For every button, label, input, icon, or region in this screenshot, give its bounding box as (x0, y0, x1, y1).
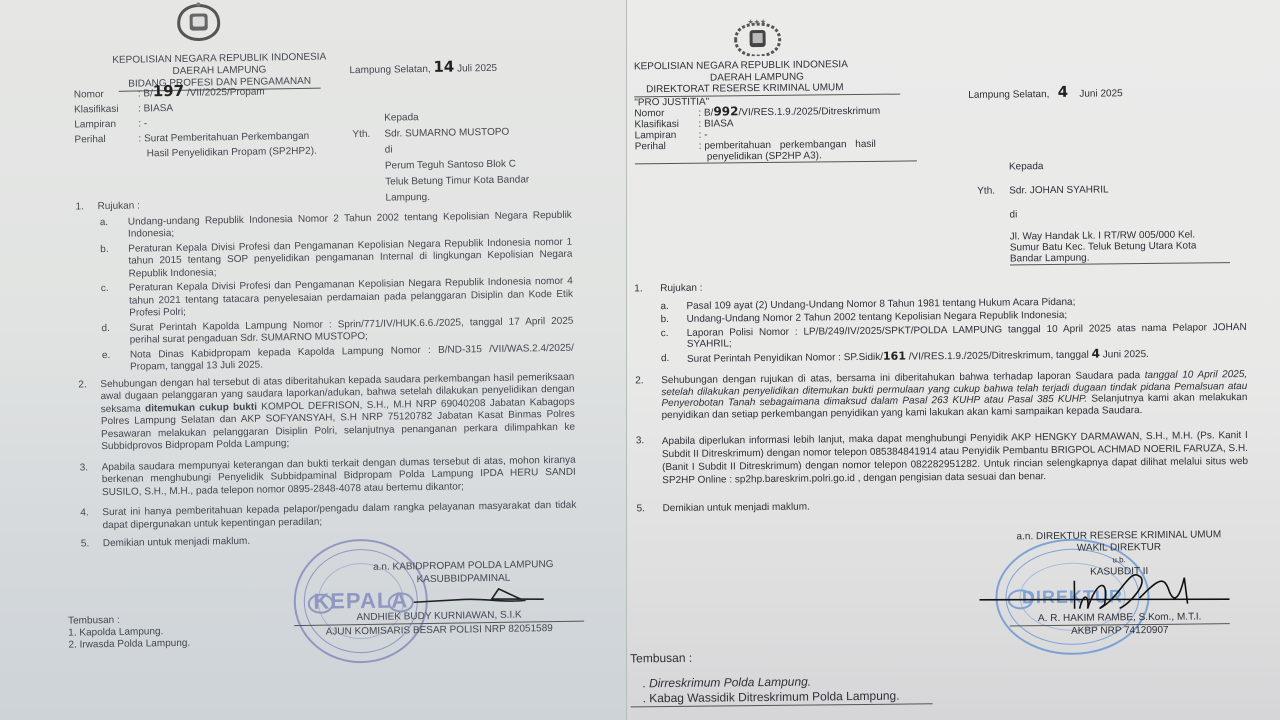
recipient: Kepada Yth.Sdr. SUMARNO MUSTOPO di Perum… (352, 108, 529, 207)
item-5: 5. Demikian untuk menjadi maklum. (636, 497, 1248, 515)
letter-body: 1.Rujukan : a.Pasal 109 ayat (2) Undang-… (634, 277, 1248, 515)
reference-text: Laporan Polisi Nomor : LP/B/249/IV/2025/… (687, 321, 1247, 350)
reference-item: b.Peraturan Kepala Divisi Profesi dan Pe… (100, 236, 573, 281)
reference-letter: d. (101, 322, 129, 347)
month-year: Juni 2025 (1079, 88, 1122, 99)
reference-letter: e. (102, 349, 130, 374)
letter-meta: Nomor: B/992/VI/RES.1.9./2025/Ditreskrim… (634, 104, 917, 164)
item-1: 1.Rujukan : (634, 277, 1246, 295)
day-handwritten: 4 (1058, 83, 1069, 101)
item-3: 3. Apabila saudara mempunyai keterangan … (80, 454, 577, 499)
cc-item: 2. Irwasda Polda Lampung. (68, 638, 190, 652)
recipient-address-2: Sumur Batu Kec. Teluk Betung Utara Kota (1010, 240, 1230, 253)
letter-meta: Nomor: B/197 /VII/2025/Propam Klasifikas… (74, 82, 317, 163)
reference-text: Peraturan Kepala Divisi Profesi dan Peng… (128, 236, 573, 280)
right-letter-photo: ★★★ KEPOLISIAN NEGARA REPUBLIK INDONESIA… (626, 0, 1280, 720)
day-handwritten: 14 (433, 58, 454, 76)
recipient-address-2: Teluk Betung Timur Kota Bandar (353, 172, 529, 191)
place-date: Lampung Selatan, 4 Juni 2025 (968, 82, 1123, 102)
left-letter: KEPOLISIAN NEGARA REPUBLIK INDONESIA DAE… (0, 0, 626, 720)
reference-letter: b. (661, 314, 687, 326)
reference-letter: a. (100, 216, 128, 241)
letter-body: 1.Rujukan : a.Undang-undang Republik Ind… (75, 194, 576, 551)
police-emblem-icon: ★★★ (729, 16, 785, 57)
reference-text: Nota Dinas Kabidpropam kepada Kapolda La… (130, 342, 574, 374)
recipient-di: di (977, 201, 1229, 228)
cc-item: Kabag Wassidik Ditreskrimum Polda Lampun… (649, 689, 899, 706)
reference-item: c.Laporan Polisi Nomor : LP/B/249/IV/202… (661, 321, 1247, 350)
reference-list: a.Undang-undang Republik Indonesia Nomor… (76, 209, 574, 375)
letterhead: KEPOLISIAN NEGARA REPUBLIK INDONESIA DAE… (634, 59, 900, 109)
recipient-kepada: Kepada (977, 153, 1229, 180)
place: Lampung Selatan, (349, 64, 430, 76)
month-year: Juli 2025 (457, 63, 497, 75)
recipient-name: Sdr. JOHAN SYAHRIL (1009, 184, 1108, 196)
cc-list: Tembusan : 1. Kapolda Lampung. 2. Irwasd… (68, 614, 190, 652)
police-emblem-icon (170, 1, 227, 42)
item-2: 2. Sehubungan dengan rujukan di atas, be… (635, 369, 1247, 421)
recipient: Kepada Yth.Sdr. JOHAN SYAHRIL di Jl. Way… (977, 153, 1230, 266)
place: Lampung Selatan, (968, 89, 1049, 101)
reference-letter: c. (101, 283, 130, 321)
reference-letter: b. (100, 243, 129, 281)
recipient-yth: Yth. (977, 179, 1009, 203)
right-letter: ★★★ KEPOLISIAN NEGARA REPUBLIK INDONESIA… (626, 0, 1280, 720)
reference-item: e.Nota Dinas Kabidpropam kepada Kapolda … (102, 342, 574, 374)
recipient-yth: Yth. (352, 127, 384, 144)
item-2: 2. Sehubungan dengan hal tersebut di ata… (78, 371, 575, 454)
place-date: Lampung Selatan, 14 Juli 2025 (349, 57, 497, 77)
recipient-address-3: Bandar Lampung. (1010, 251, 1230, 265)
reference-text: Peraturan Kepala Divisi Profesi dan Peng… (129, 276, 574, 320)
left-letter-photo: KEPOLISIAN NEGARA REPUBLIK INDONESIA DAE… (0, 0, 626, 720)
reference-letter: c. (661, 327, 687, 350)
recipient-name: Sdr. SUMARNO MUSTOPO (384, 127, 509, 140)
reference-list: a.Pasal 109 ayat (2) Undang-Undang Nomor… (634, 294, 1247, 365)
signature-rank-nrp: AKBP NRP 74120907 (1010, 624, 1230, 638)
reference-letter: a. (660, 300, 686, 312)
cc-item: Dirreskrimum Polda Lampung. (649, 675, 811, 691)
cc-title: Tembusan : (630, 648, 932, 666)
item-3: 3. Apabila diperlukan informasi lebih la… (636, 429, 1249, 487)
svg-text:★★★: ★★★ (747, 18, 766, 26)
reference-item: c.Peraturan Kepala Divisi Profesi dan Pe… (101, 276, 574, 321)
item-4: 4. Surat ini hanya pemberitahuan kepada … (80, 500, 576, 533)
cc-list: Tembusan : . Dirreskrimum Polda Lampung.… (630, 648, 933, 707)
